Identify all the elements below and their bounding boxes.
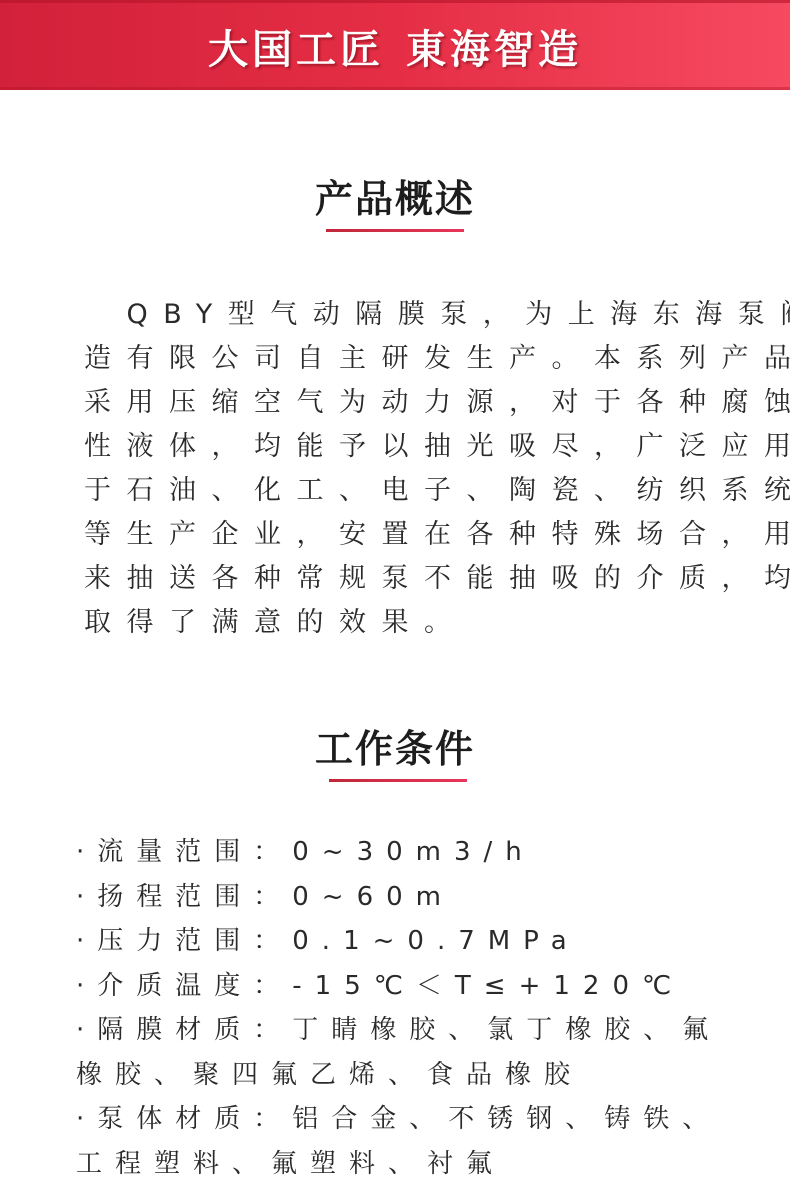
header-banner: 大国工匠東海智造 — [0, 0, 790, 90]
overview-line: 取得了满意的效果。 — [84, 601, 724, 645]
overview-line: QBY型气动隔膜泵，为上海东海泵阀制 — [84, 293, 724, 337]
overview-line: 采用压缩空气为动力源，对于各种腐蚀 — [84, 381, 724, 425]
conditions-heading: 工作条件 — [0, 718, 790, 773]
condition-item-body: ·泵体材质：铝合金、不锈钢、铸铁、 — [76, 1097, 736, 1142]
condition-item-diaphragm: ·隔膜材质：丁睛橡胶、氯丁橡胶、氟 — [76, 1008, 736, 1053]
condition-item-body-cont: 工程塑料、氟塑料、衬氟 — [76, 1142, 736, 1187]
overview-line: 性液体，均能予以抽光吸尽，广泛应用 — [84, 425, 724, 469]
overview-paragraph: QBY型气动隔膜泵，为上海东海泵阀制 造有限公司自主研发生产。本系列产品 采用压… — [84, 293, 724, 645]
condition-item-pressure: ·压力范围：0.1~0.7MPa — [76, 919, 736, 964]
overview-line: 于石油、化工、电子、陶瓷、纺织系统 — [84, 469, 724, 513]
condition-item-diaphragm-cont: 橡胶、聚四氟乙烯、食品橡胶 — [76, 1053, 736, 1098]
conditions-list: ·流量范围：0~30m3/h ·扬程范围：0~60m ·压力范围：0.1~0.7… — [76, 830, 736, 1186]
banner-slogan-2: 東海智造 — [406, 27, 582, 73]
overview-heading: 产品概述 — [0, 168, 790, 223]
condition-item-head: ·扬程范围：0~60m — [76, 875, 736, 920]
overview-line: 造有限公司自主研发生产。本系列产品 — [84, 337, 724, 381]
banner-slogan-1: 大国工匠 — [208, 27, 384, 73]
condition-item-flow: ·流量范围：0~30m3/h — [76, 830, 736, 875]
condition-item-temperature: ·介质温度：-15℃＜T≤+120℃ — [76, 964, 736, 1009]
conditions-heading-underline — [329, 779, 467, 782]
banner-title: 大国工匠東海智造 — [0, 18, 790, 75]
overview-line: 等生产企业，安置在各种特殊场合，用 — [84, 513, 724, 557]
overview-line: 来抽送各种常规泵不能抽吸的介质，均 — [84, 557, 724, 601]
overview-heading-underline — [326, 229, 464, 232]
